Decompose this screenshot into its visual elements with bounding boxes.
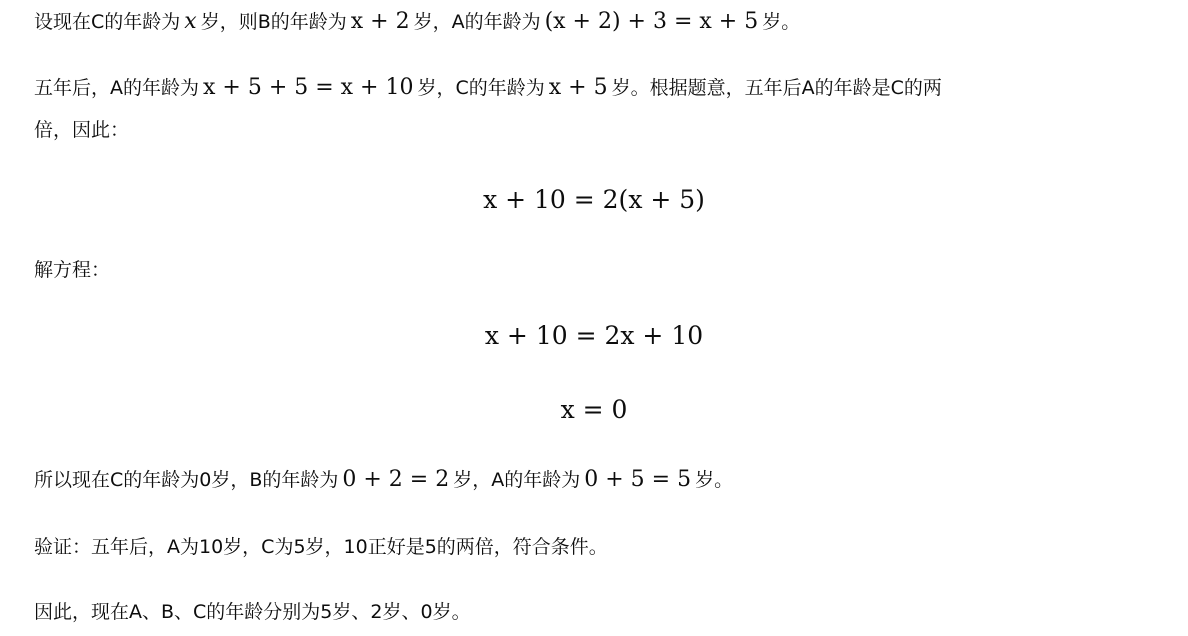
paragraph-five-years: 五年后，A的年龄为x + 5 + 5 = x + 10岁，C的年龄为x + 5岁… xyxy=(34,68,1158,108)
math-inline: x xyxy=(184,9,196,34)
text: 岁。 xyxy=(695,469,733,491)
paragraph-verify: 验证：五年后，A为10岁，C为5岁，10正好是5的两倍，符合条件。 xyxy=(34,527,1158,567)
math-inline: x + 2 xyxy=(351,9,410,34)
paragraph-result: 所以现在C的年龄为0岁，B的年龄为0 + 2 = 2岁，A的年龄为0 + 5 =… xyxy=(34,460,1158,500)
paragraph-conclusion: 因此，现在A、B、C的年龄分别为5岁、2岁、0岁。 xyxy=(34,592,1158,632)
text: 岁，则B的年龄为 xyxy=(201,11,347,33)
math-inline: x + 5 xyxy=(549,75,608,100)
equation-3: x = 0 xyxy=(0,390,1188,430)
text: 所以现在C的年龄为0岁，B的年龄为 xyxy=(34,469,338,491)
text: 岁，A的年龄为 xyxy=(414,11,541,33)
text: 倍，因此： xyxy=(34,119,129,141)
solution-document: 设现在C的年龄为x岁，则B的年龄为x + 2岁，A的年龄为(x + 2) + 3… xyxy=(0,0,1188,636)
paragraph-solve: 解方程： xyxy=(34,250,1158,290)
equation-2: x + 10 = 2x + 10 xyxy=(0,316,1188,356)
math-inline: 0 + 5 = 5 xyxy=(584,467,691,492)
text: 五年后，A的年龄为 xyxy=(34,77,199,99)
equation-1: x + 10 = 2(x + 5) xyxy=(0,180,1188,220)
math-inline: (x + 2) + 3 = x + 5 xyxy=(545,9,759,34)
math-inline: x + 5 + 5 = x + 10 xyxy=(203,75,413,100)
text: 岁。根据题意，五年后A的年龄是C的两 xyxy=(612,77,942,99)
math-inline: 0 + 2 = 2 xyxy=(342,467,449,492)
paragraph-five-years-line2: 倍，因此： xyxy=(34,110,1158,150)
paragraph-setup: 设现在C的年龄为x岁，则B的年龄为x + 2岁，A的年龄为(x + 2) + 3… xyxy=(34,2,1158,42)
text: 岁，C的年龄为 xyxy=(417,77,544,99)
text: 岁，A的年龄为 xyxy=(453,469,580,491)
text: 设现在C的年龄为 xyxy=(34,11,180,33)
text: 岁。 xyxy=(762,11,800,33)
